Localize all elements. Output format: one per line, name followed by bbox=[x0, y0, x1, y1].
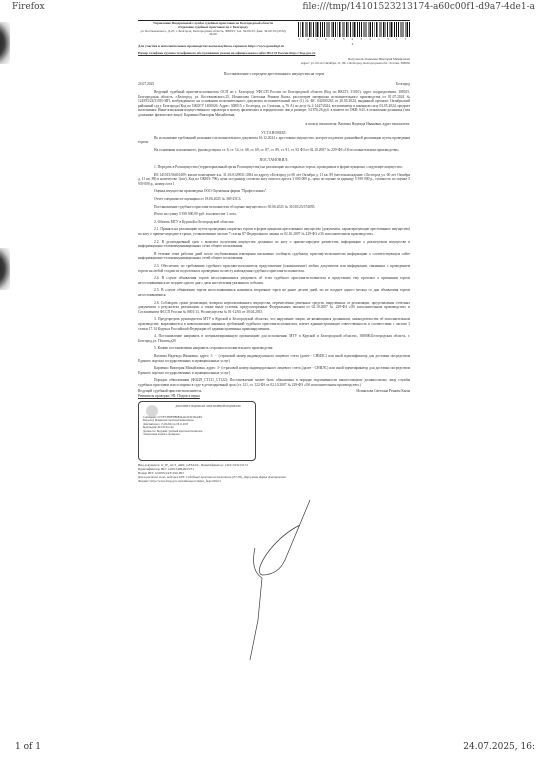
established-paragraph: На основании изложенного, руководствуясь… bbox=[138, 148, 410, 153]
intro-paragraph: Ведущий судебный пристав-исполнитель ОСП… bbox=[138, 90, 410, 118]
resolved-paragraph: 2.4. В случае объявления торгов несостоя… bbox=[138, 276, 410, 285]
resolved-paragraph: 1. Передать в Росимущество (территориаль… bbox=[138, 165, 410, 170]
document-title: Постановление о передаче арестованного и… bbox=[138, 72, 410, 77]
browser-print-footer: 1 of 1 24.07.2025, 16: bbox=[0, 738, 543, 758]
organization-block: Управление Федеральной службы судебных п… bbox=[138, 22, 288, 42]
resolved-paragraph: 2.1. Принять на реализацию путем проведе… bbox=[138, 227, 410, 236]
resolved-paragraph: 3. Предупредить руководителя МТУ в Курск… bbox=[138, 317, 410, 331]
browser-print-header: Firefox file:///tmp/14101523213174-a60c0… bbox=[0, 0, 543, 14]
hole-punch-mark bbox=[0, 22, 10, 64]
resolved-paragraph: Карпенко Виктория Михайловна, адрес: 3- … bbox=[138, 366, 410, 375]
print-datetime: 24.07.2025, 16: bbox=[463, 742, 535, 752]
coat-of-arms-icon bbox=[146, 405, 158, 417]
resolved-paragraph: В течение семи рабочих дней после опубли… bbox=[138, 252, 410, 261]
resolved-section: 1. Передать в Росимущество (территориаль… bbox=[138, 165, 410, 387]
document-city: Белгород bbox=[396, 82, 410, 87]
addressee-block: Получатель: Карпенко Виктория Михайловна… bbox=[138, 58, 410, 66]
hole-punch-mark bbox=[0, 248, 10, 290]
resolved-paragraph: 5. Копию постановления направить сторона… bbox=[138, 346, 410, 351]
stamp-lines: Сертификат: 0137F7CB00FBB0B19A4C0C6C0DA3… bbox=[143, 416, 251, 436]
resolved-paragraph: Постановление судебного пристава-исполни… bbox=[138, 205, 410, 210]
stamp-line: Электронная подпись: проверена bbox=[143, 433, 251, 436]
resolved-paragraph: 2.3. Обеспечить по требованию судебного … bbox=[138, 264, 410, 273]
department-address: ул. Костюковского, Д.25, г. Белгород, Бе… bbox=[138, 30, 288, 38]
document-date: 24.07.2025 bbox=[138, 82, 154, 87]
intro-paragraph: в пользу взыскателя: Вахтина Надежда Ива… bbox=[138, 122, 410, 127]
app-name: Firefox bbox=[12, 2, 45, 12]
e-signature-stamp: ДОКУМЕНТ ПОДПИСАН ЭЛЕКТРОННОЙ ПОДПИСЬЮ С… bbox=[138, 401, 256, 461]
resolved-paragraph: Оценка имущества произведена ООО Оценочн… bbox=[138, 189, 410, 194]
metadata-label: Формат bbox=[138, 479, 149, 483]
date-city-row: 24.07.2025 Белгород bbox=[138, 82, 410, 87]
resolved-paragraph: 4. Постановление направить в специализир… bbox=[138, 334, 410, 343]
barcode-bars bbox=[298, 22, 410, 37]
resolved-paragraph: 2.5. В случае объявления торгов несостоя… bbox=[138, 288, 410, 297]
barcode-digits: 1 4 1 0 1 5 2 3 2 1 3 1 7 4 bbox=[298, 37, 410, 46]
resolved-paragraph: 2. Обязать МТУ в Курской и Белгородской … bbox=[138, 220, 410, 225]
document-metadata: Вид документа: O_IP_ACT_ARR_GFTAUC, Иден… bbox=[138, 463, 410, 484]
resolved-paragraph: Вахтина Надежда Ивановна, адрес: 3 ··· (… bbox=[138, 354, 410, 363]
resolved-heading: ПОСТАНОВИЛ: bbox=[138, 158, 410, 163]
established-paragraph: Во исполнение требований указанного испо… bbox=[138, 136, 410, 145]
resolved-paragraph: Порядок обжалования (ФЗ229_СТ121_СТ122):… bbox=[138, 378, 410, 387]
document-page: Управление Федеральной службы судебных п… bbox=[138, 18, 410, 718]
phone-note: Номер телефона группы телефонного обслуж… bbox=[138, 51, 410, 56]
stamp-title: ДОКУМЕНТ ПОДПИСАН ЭЛЕКТРОННОЙ ПОДПИСЬЮ bbox=[165, 405, 251, 408]
page-counter: 1 of 1 bbox=[15, 742, 41, 752]
intro-section: Ведущий судебный пристав-исполнитель ОСП… bbox=[138, 90, 410, 126]
letterhead: Управление Федеральной службы судебных п… bbox=[138, 22, 410, 42]
metadata-row: Формат: http://www.fssp.gov.ru/namespace… bbox=[138, 479, 410, 483]
ep-requisites: Реквизиты проверки ЭП: Подпись верна bbox=[138, 394, 410, 399]
metadata-value: http://www.fssp.gov.ru/namespace/index_f… bbox=[150, 479, 221, 483]
resolved-paragraph: 2.6. Соблюдать сроки реализации, возврат… bbox=[138, 301, 410, 315]
barcode: 1 4 1 0 1 5 2 3 2 1 3 1 7 4 bbox=[298, 22, 410, 42]
resolved-paragraph: 2.2. В десятидневный срок с момента полу… bbox=[138, 240, 410, 249]
document-url: file:///tmp/14101523213174-a60c00f1-d9a7… bbox=[303, 2, 535, 12]
resolved-paragraph: Отчет специалиста-оценщика от 18.06.2025… bbox=[138, 197, 410, 202]
addressee-address: Адрес: ул. 60 лет Октября, 11, 89, г. Бе… bbox=[138, 62, 410, 66]
signer-name: Исмаилова Светлана Ренжен Кызы bbox=[356, 389, 410, 394]
resolved-paragraph: ИЗ 141015/56401409: жилое помещение к.н.… bbox=[138, 173, 410, 187]
resolved-paragraph: Итого на сумму 5 939 000,00 руб. в колич… bbox=[138, 212, 410, 217]
